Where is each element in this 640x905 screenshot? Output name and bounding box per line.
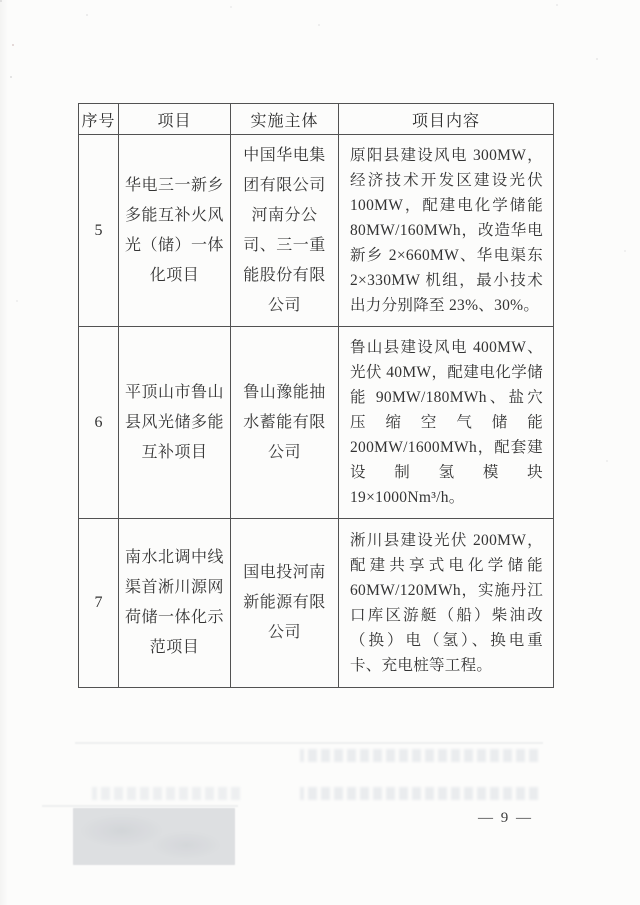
table-row: 7 南水北调中线渠首淅川源网荷储一体化示范项目 国电投河南新能源有限公司 淅川县… (79, 519, 554, 688)
header-project: 项目 (119, 104, 231, 135)
header-project-content: 项目内容 (339, 104, 554, 135)
bleedthrough-text-artifact (92, 787, 240, 800)
cell-project-content: 原阳县建设风电 300MW，经济技术开发区建设光伏 100MW，配建电化学储能 … (339, 135, 554, 327)
scan-edge-shadow (0, 0, 8, 905)
cell-implementing-entity: 中国华电集团有限公司河南分公司、三一重能股份有限公司 (231, 135, 339, 327)
bleedthrough-rule-artifact (75, 742, 543, 744)
header-serial-number: 序号 (79, 104, 119, 135)
cell-project-content: 鲁山县建设风电 400MW、光伏 40MW，配建电化学储能 90MW/180MW… (339, 327, 554, 519)
cell-serial-number: 6 (79, 327, 119, 519)
bleedthrough-text-artifact (300, 749, 538, 762)
cell-implementing-entity: 国电投河南新能源有限公司 (231, 519, 339, 688)
cell-serial-number: 5 (79, 135, 119, 327)
bleedthrough-text-artifact (300, 787, 538, 800)
table-row: 6 平顶山市鲁山县风光储多能互补项目 鲁山豫能抽水蓄能有限公司 鲁山县建设风电 … (79, 327, 554, 519)
scanned-document-page: 序号 项目 实施主体 项目内容 5 华电三一新乡多能互补火风光（储）一体化项目 … (0, 0, 640, 905)
table-header-row: 序号 项目 实施主体 项目内容 (79, 104, 554, 135)
bleedthrough-image-artifact (73, 808, 235, 865)
projects-table: 序号 项目 实施主体 项目内容 5 华电三一新乡多能互补火风光（储）一体化项目 … (78, 103, 554, 688)
cell-implementing-entity: 鲁山豫能抽水蓄能有限公司 (231, 327, 339, 519)
cell-project-content: 淅川县建设光伏 200MW，配建共享式电化学储能 60MW/120MWh，实施丹… (339, 519, 554, 688)
header-implementing-entity: 实施主体 (231, 104, 339, 135)
cell-project-name: 华电三一新乡多能互补火风光（储）一体化项目 (119, 135, 231, 327)
cell-serial-number: 7 (79, 519, 119, 688)
cell-project-name: 南水北调中线渠首淅川源网荷储一体化示范项目 (119, 519, 231, 688)
table-row: 5 华电三一新乡多能互补火风光（储）一体化项目 中国华电集团有限公司河南分公司、… (79, 135, 554, 327)
cell-project-name: 平顶山市鲁山县风光储多能互补项目 (119, 327, 231, 519)
page-number: — 9 — (478, 810, 598, 827)
bleedthrough-rule-artifact (42, 805, 238, 807)
